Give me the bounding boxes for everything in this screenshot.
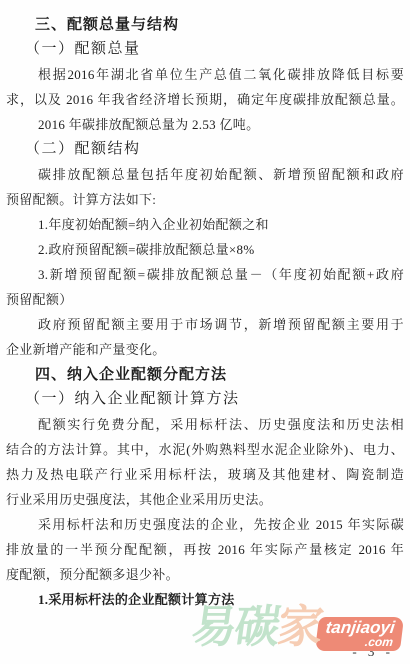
numbered-bold-heading: 1.采用标杆法的企业配额计算方法 <box>6 587 404 612</box>
document-text-column: 三、配额总量与结构 （一）配额总量 根据2016年湖北省单位生产总值二氧化碳排放… <box>6 12 404 612</box>
page-number: - 3 - <box>352 644 394 660</box>
body-line: 2.政府预留配额=碳排放配额总量×8% <box>6 237 404 262</box>
body-line: 预留配额。计算方法如下: <box>6 187 404 212</box>
body-line: 3.新增预留配额=碳排放配额总量－（年度初始配额+政府 <box>6 262 404 287</box>
document-page: 三、配额总量与结构 （一）配额总量 根据2016年湖北省单位生产总值二氧化碳排放… <box>0 0 410 664</box>
body-line: 求，以及 2016 年我省经济增长预期，确定年度碳排放配额总量。 <box>6 87 404 112</box>
body-line: 政府预留配额主要用于市场调节，新增预留配额主要用于 <box>6 312 404 337</box>
body-line: 行业采用历史强度法，其他企业采用历史法。 <box>6 487 404 512</box>
body-line: 热力及热电联产行业采用标杆法，玻璃及其他建材、陶瓷制造 <box>6 462 404 487</box>
body-line: 结合的方法计算。其中，水泥(外购熟料型水泥企业除外)、电力、 <box>6 437 404 462</box>
body-line: 企业新增产能和产量变化。 <box>6 337 404 362</box>
section-heading: 三、配额总量与结构 <box>6 12 404 37</box>
body-line: 采用标杆法和历史强度法的企业，先按企业 2015 年实际碳 <box>6 512 404 537</box>
subsection-heading: （一）配额总量 <box>6 37 404 62</box>
body-line: 2016 年碳排放配额总量为 2.53 亿吨。 <box>6 112 404 137</box>
body-line: 预留配额） <box>6 287 404 312</box>
subsection-heading: （一）纳入企业配额计算方法 <box>6 387 404 412</box>
body-line: 排放量的一半预分配配额，再按 2016 年实际产量核定 2016 年 <box>6 537 404 562</box>
body-line: 根据2016年湖北省单位生产总值二氧化碳排放降低目标要 <box>6 62 404 87</box>
body-line: 配额实行免费分配，采用标杆法、历史强度法和历史法相 <box>6 412 404 437</box>
section-heading: 四、纳入企业配额分配方法 <box>6 362 404 387</box>
body-line: 1.年度初始配额=纳入企业初始配额之和 <box>6 212 404 237</box>
subsection-heading: （二）配额结构 <box>6 137 404 162</box>
body-line: 碳排放配额总量包括年度初始配额、新增预留配额和政府 <box>6 162 404 187</box>
body-line: 度配额，预分配额多退少补。 <box>6 562 404 587</box>
watermark-site-name: tanjiaoyi <box>325 619 396 636</box>
